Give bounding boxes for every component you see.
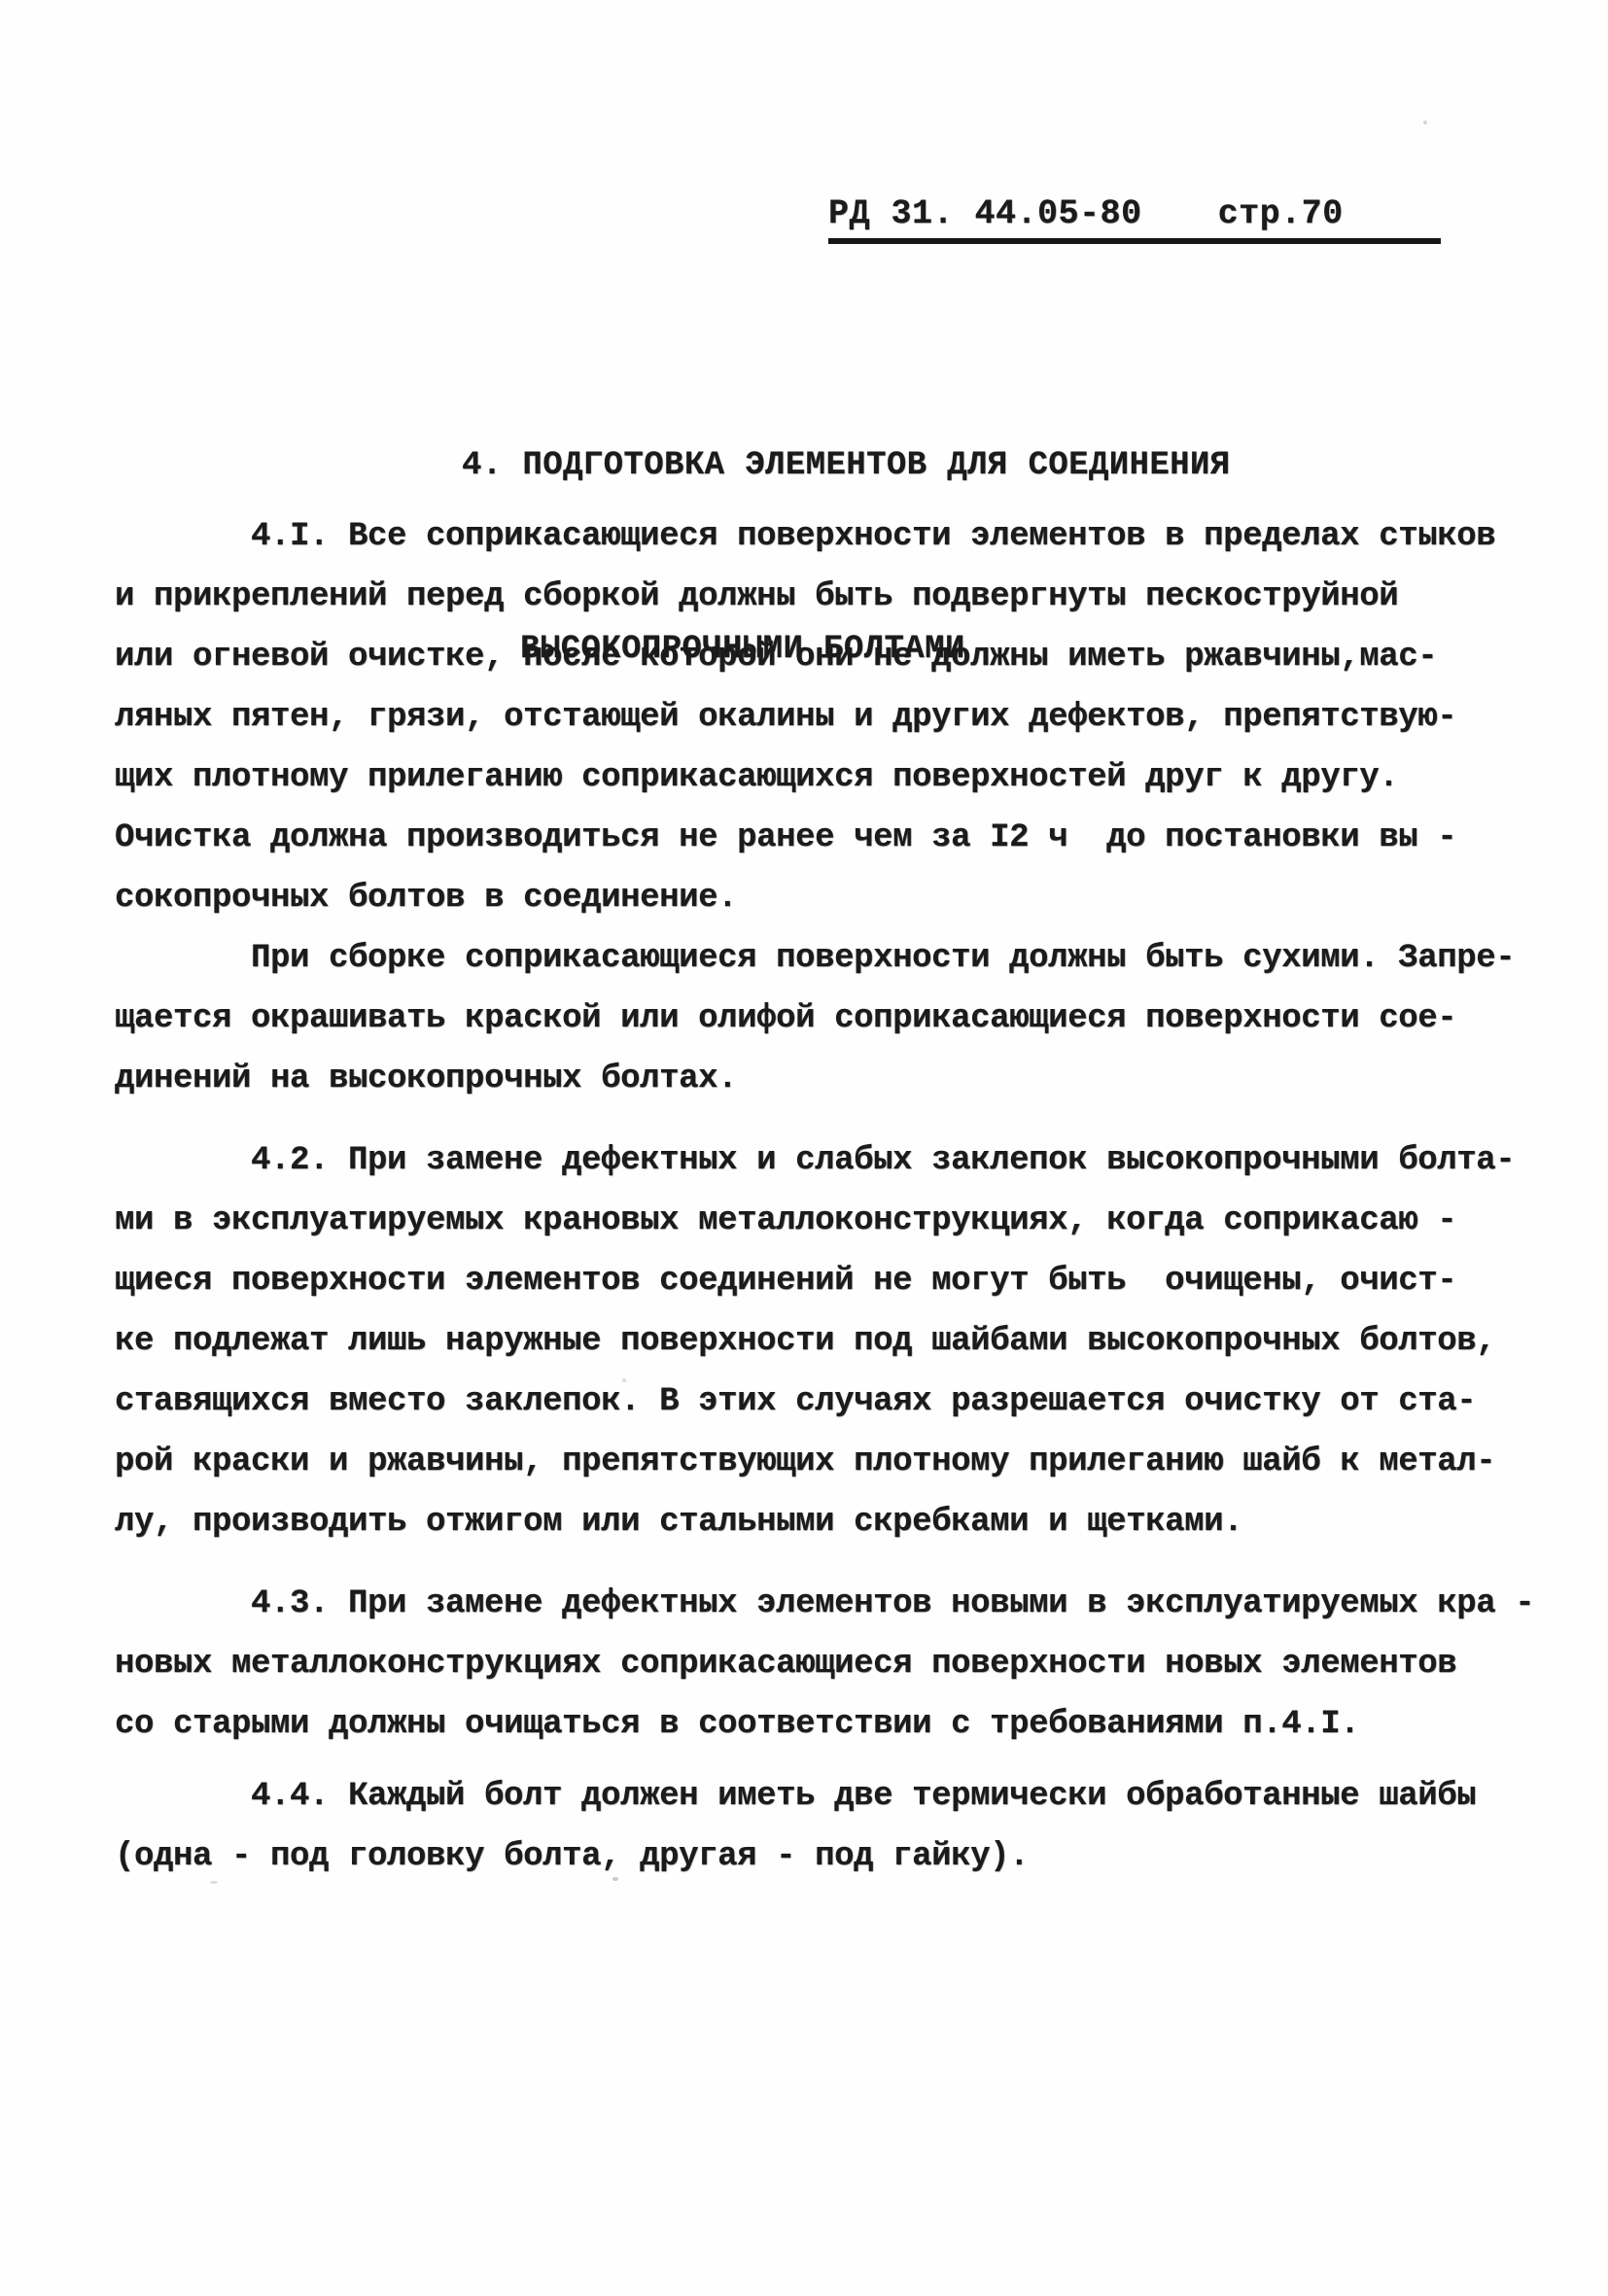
page-header: РД 31. 44.05-80 стр.70 xyxy=(828,194,1441,244)
paragraph-4-1: 4.I. Все соприкасающиеся поверхности эле… xyxy=(115,506,1544,928)
text-line: 4.I. Все соприкасающиеся поверхности эле… xyxy=(115,506,1544,567)
paragraph-4-2: 4.2. При замене дефектных и слабых закле… xyxy=(115,1131,1544,1552)
scan-noise-speck xyxy=(612,1877,618,1881)
text-line: ке подлежат лишь наружные поверхности по… xyxy=(115,1311,1544,1372)
text-line: 4.4. Каждый болт должен иметь две термич… xyxy=(115,1766,1544,1826)
scan-noise-speck xyxy=(210,1881,218,1884)
paragraph-4-3: 4.3. При замене дефектных элементов новы… xyxy=(115,1574,1544,1755)
paragraph-4-1-continued: При сборке соприкасающиеся поверхности д… xyxy=(115,928,1544,1109)
section-title-line-1: 4. ПОДГОТОВКА ЭЛЕМЕНТОВ ДЛЯ СОЕДИНЕНИЯ xyxy=(462,435,1390,497)
text-line: ляных пятен, грязи, отстающей окалины и … xyxy=(115,687,1544,748)
text-line: лу, производить отжигом или стальными ск… xyxy=(115,1492,1544,1552)
text-line: (одна - под головку болта, другая - под … xyxy=(115,1826,1544,1887)
paragraph-4-4: 4.4. Каждый болт должен иметь две термич… xyxy=(115,1766,1544,1887)
document-body: 4.I. Все соприкасающиеся поверхности эле… xyxy=(115,506,1544,1887)
scan-noise-speck xyxy=(622,1378,626,1382)
text-line: рой краски и ржавчины, препятствующих пл… xyxy=(115,1432,1544,1492)
document-number: РД 31. 44.05-80 xyxy=(828,194,1142,233)
text-line: щих плотному прилеганию соприкасающихся … xyxy=(115,748,1544,808)
page-number: стр.70 xyxy=(1218,194,1344,233)
text-line: динений на высокопрочных болтах. xyxy=(115,1049,1544,1109)
text-line: сокопрочных болтов в соединение. xyxy=(115,868,1544,928)
scanned-document-page: РД 31. 44.05-80 стр.70 4. ПОДГОТОВКА ЭЛЕ… xyxy=(0,0,1608,2296)
text-line: или огневой очистке, после которой они н… xyxy=(115,627,1544,687)
text-line: 4.2. При замене дефектных и слабых закле… xyxy=(115,1131,1544,1191)
text-line: со старыми должны очищаться в соответств… xyxy=(115,1694,1544,1755)
text-line: ставящихся вместо заклепок. В этих случа… xyxy=(115,1372,1544,1432)
text-line: При сборке соприкасающиеся поверхности д… xyxy=(115,928,1544,989)
text-line: ми в эксплуатируемых крановых металлокон… xyxy=(115,1191,1544,1251)
text-line: щается окрашивать краской или олифой соп… xyxy=(115,989,1544,1049)
scan-noise-speck xyxy=(1423,121,1427,124)
text-line: новых металлоконструкциях соприкасающиес… xyxy=(115,1634,1544,1694)
text-line: 4.3. При замене дефектных элементов новы… xyxy=(115,1574,1544,1634)
text-line: Очистка должна производиться не ранее че… xyxy=(115,808,1544,868)
text-line: и прикреплений перед сборкой должны быть… xyxy=(115,567,1544,627)
text-line: щиеся поверхности элементов соединений н… xyxy=(115,1251,1544,1311)
